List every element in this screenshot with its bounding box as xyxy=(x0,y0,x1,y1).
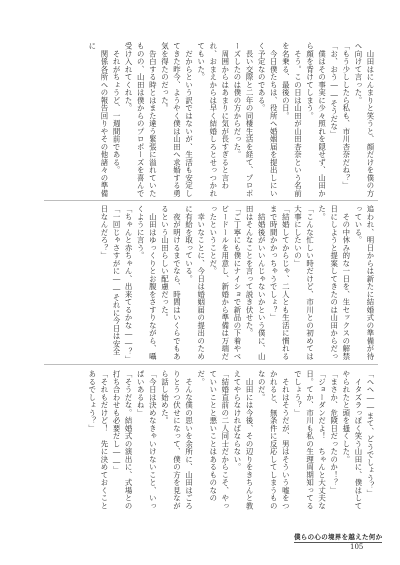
paragraph: 「ご丁寧にも僕にナイショで新品の下着やベビードールを用意し、新婚から準備は万端だ… xyxy=(207,205,243,361)
paragraph: 「へへ――まて、どうでしょう？」 xyxy=(364,370,376,515)
paragraph: 「こんな忙しい時だけど、市川との初めては大事にしたいの」 xyxy=(291,205,315,361)
paragraph: イタズラっぽく笑う山田に、僕はしてやられたと頭を搔くした。 xyxy=(340,370,364,515)
paragraph: 今日僕たちは、役所へ婚姻届を提出しにいく予定なのである。 xyxy=(255,42,279,198)
text-block-middle: 追われ、明日からは新たに結婚式の準備が待っている。 その中休み的な一日を、生セッ… xyxy=(44,205,376,361)
paragraph: 「結婚してからじゃ、二人とも生活に慣れるまで時間かかっちゃうでしょ？」 xyxy=(267,205,291,361)
paragraph: 「結婚直前の二人同士だからこそ、やっていいことと悪いことはあるものなのだ。 xyxy=(195,370,231,515)
paragraph: 「今日は決めなきゃいけないこと、いっぱいあるね」 xyxy=(134,370,158,515)
paragraph: そう。この日は山田が山田杏奈という名前を名乗る、最後の日。 xyxy=(279,42,303,198)
paragraph: 長い交際と二年の同棲生活を経て、プロポーズしたのは僕の方からだった。 xyxy=(231,42,255,198)
page-number: 105 xyxy=(350,543,363,551)
paragraph: 夜が明けるまでなら、時間はいくらでもあるという山田らしい配慮だった。 xyxy=(158,205,182,361)
tier-divider xyxy=(44,364,378,365)
text-block-upper: 山田はにんまりと笑うと、顔だけを僕の方へ向けて言った。 「もう少ししたら私も、市… xyxy=(44,42,376,198)
paragraph: 僕はその事実に少々照れを隠せず、山田から顔を背けてしまう。 xyxy=(303,42,327,198)
paragraph: その中休み的な一日を、生セックスの解禁日にしようと提案してきたのは山田からだった… xyxy=(316,205,352,361)
paragraph: 「そうだな。結婚式の演出に、式場との打ち合わせも必要だし――」 xyxy=(110,370,134,515)
paragraph: 結婚後がいいんじゃないかという僕に、山田はそんなことを言って説き伏せた。 xyxy=(243,205,267,361)
paragraph: そんな僕の思いを余所に、山田はごろりとうつ伏せになって、僕の方を見ながら話し始め… xyxy=(158,370,194,515)
paragraph: 山田はにんまりと笑うと、顔だけを僕の方へ向けて言った。 xyxy=(352,42,376,198)
paragraph: それがちょうど、一週間前である。 xyxy=(110,42,122,198)
paragraph: 幸いなことに、今日は婚姻届の提出のために有給を取っている。 xyxy=(183,205,207,361)
paragraph: だからという訳ではないが、生活も安定してきた昨今、ようやく僕は山田へ求婚する勇気… xyxy=(158,42,194,198)
paragraph: 「お、おう――そうだな」 xyxy=(328,42,340,198)
paragraph: 「ジョーダンだよ！ ちゃんと大丈夫な日。てか、市川も私の生理周期知ってるでしょう… xyxy=(291,370,327,515)
paragraph: 「もう少ししたら私も、市川杏奈だね？」 xyxy=(340,42,352,198)
paragraph: 山田はゆっくりとお腹をさすりながら、囁くように言う。 xyxy=(134,205,158,361)
paragraph: 「それもだけど！ 先に決めておくことあるでしょう？」 xyxy=(86,370,110,515)
paragraph: 「一回じゃさすがに――それに今日は安全日なんだろ？」 xyxy=(98,205,122,361)
tier-divider xyxy=(44,200,378,201)
paragraph: 「ちゃんと赤ちゃん、出来てるかな――？」 xyxy=(122,205,134,361)
running-title: 僕らの心の境界を越えた何か xyxy=(294,532,382,543)
paragraph: それはそうだが、男はそういう嘘をつかれると、無条件に反応してしまうものなのだ。 xyxy=(255,370,291,515)
paragraph: 山田には今後、その辺りをきちんと教えてやらなければならない。 xyxy=(231,370,255,515)
paragraph: 関係各所への報告回りやその他諸々の準備に xyxy=(86,42,110,198)
paragraph: 「まさか、危険日だったのか！？」 xyxy=(328,370,340,515)
paragraph: 追われ、明日からは新たに結婚式の準備が待っている。 xyxy=(352,205,376,361)
text-block-lower: 「へへ――まて、どうでしょう？」 イタズラっぽく笑う山田に、僕はしてやられたと頭… xyxy=(44,370,376,515)
paragraph: 告白する時とはまた違う緊張に溢れていたものの、山田は僕からのプロポーズを喜んで受… xyxy=(122,42,158,198)
paragraph: 周囲からはあまりに気が長すぎると言われ、おまえからは早く結婚しろとせっつかれても… xyxy=(195,42,231,198)
